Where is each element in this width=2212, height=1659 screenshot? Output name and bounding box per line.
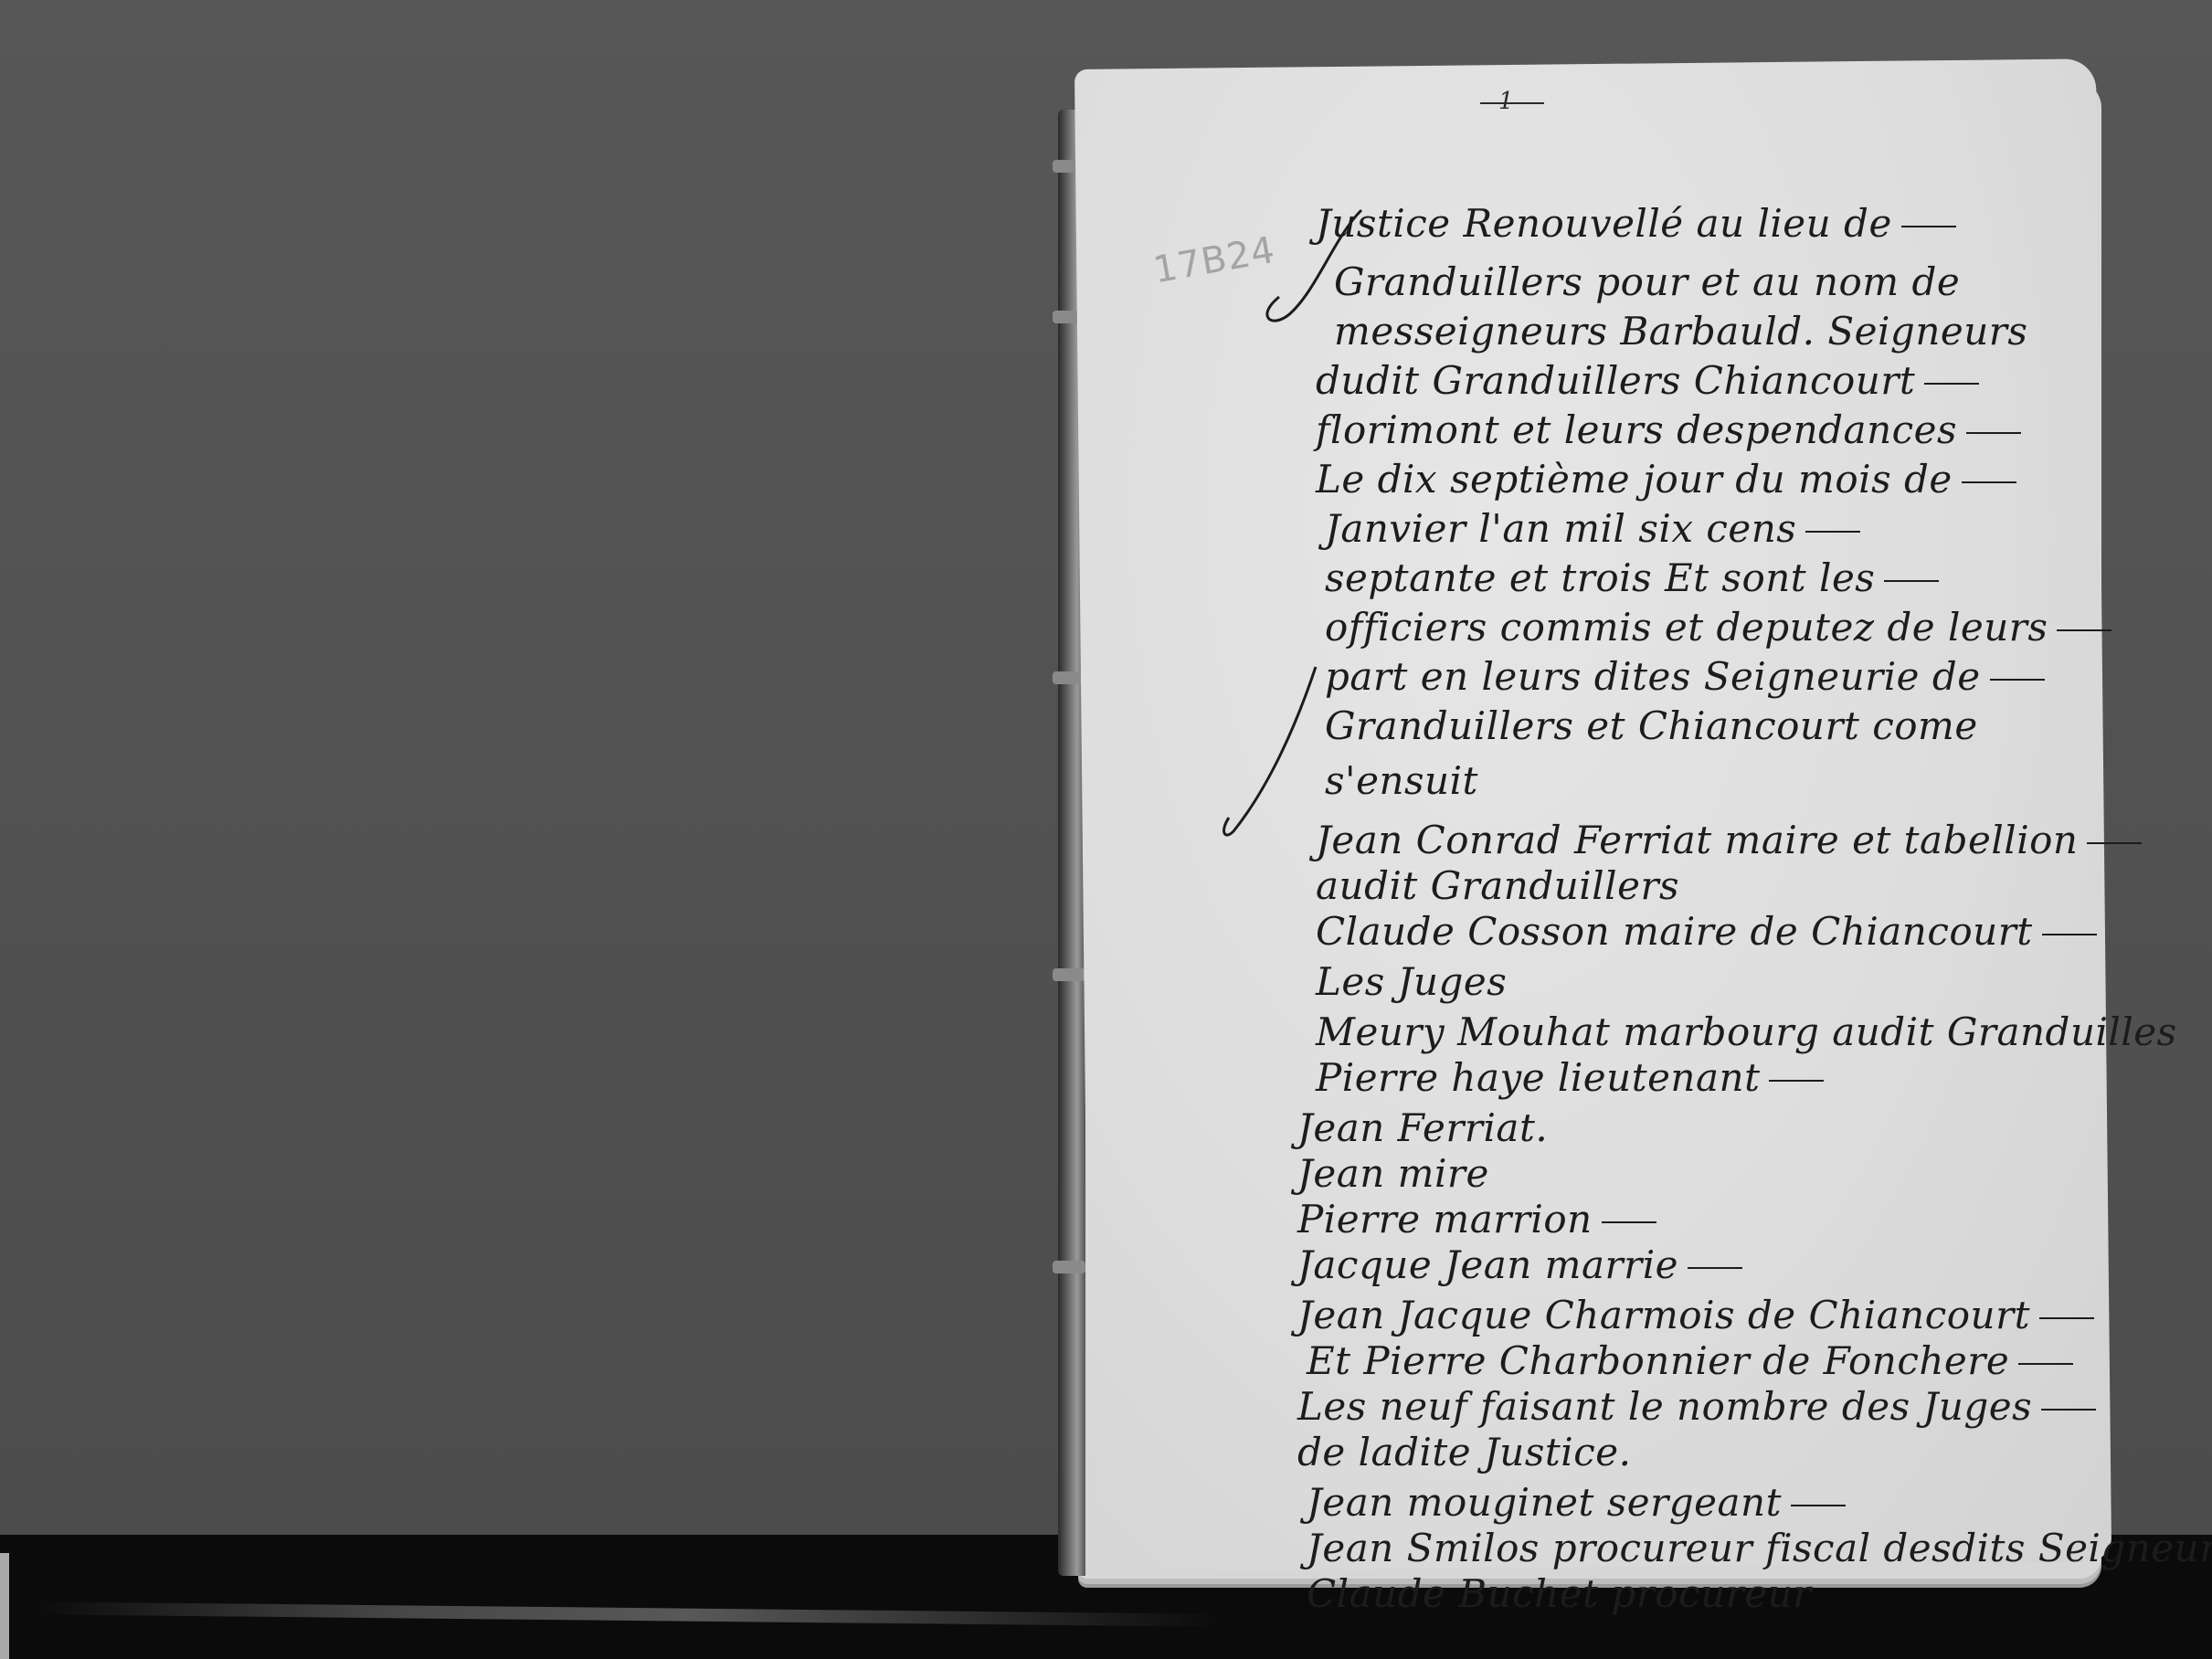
text-line: part en leurs dites Seigneurie de: [1325, 654, 2045, 699]
text-line: Jean mouginet sergeant: [1307, 1480, 1846, 1525]
text-line: officiers commis et deputez de leurs: [1325, 605, 2111, 650]
text-line: Granduillers pour et au nom de: [1334, 259, 1960, 304]
text-line: Jean Conrad Ferriat maire et tabellion: [1316, 818, 2142, 862]
text-line: Jean mire: [1297, 1151, 1489, 1196]
text-line: Granduillers et Chiancourt come: [1325, 703, 1978, 748]
text-line: audit Granduillers: [1316, 863, 1679, 908]
text-line: Janvier l'an mil six cens: [1325, 506, 1860, 551]
text-line: Meury Mouhat marbourg audit Granduilles: [1316, 1009, 2177, 1054]
binding-thread: [1053, 968, 1085, 981]
text-line: Jacque Jean marrie: [1297, 1242, 1742, 1287]
text-line: Justice Renouvellé au lieu de: [1316, 201, 1956, 246]
shelf-edge: [0, 1553, 9, 1659]
text-line: Jean Ferriat.: [1297, 1105, 1548, 1150]
text-line: de ladite Justice.: [1297, 1430, 1631, 1474]
text-line: Les neuf faisant le nombre des Juges: [1297, 1384, 2096, 1429]
text-line: Et Pierre Charbonnier de Fonchere: [1307, 1338, 2073, 1383]
text-line: Pierre marrion: [1297, 1197, 1656, 1242]
text-line: Claude Buchet procureur: [1307, 1571, 1812, 1616]
text-line: Claude Cosson maire de Chiancourt: [1316, 909, 2097, 954]
text-line: septante et trois Et sont les: [1325, 555, 1939, 600]
text-line: Pierre haye lieutenant: [1316, 1055, 1824, 1100]
text-line: Jean Smilos procureur fiscal desdits Sei…: [1307, 1526, 2212, 1570]
text-line: messeigneurs Barbauld. Seigneurs: [1334, 309, 2027, 354]
text-line: Le dix septième jour du mois de: [1316, 457, 2016, 502]
text-line: dudit Granduillers Chiancourt: [1316, 358, 1979, 403]
text-line: s'ensuit: [1325, 758, 1478, 803]
text-line: Les Juges: [1316, 959, 1507, 1004]
text-line: florimont et leurs despendances: [1316, 407, 2021, 452]
text-line: Jean Jacque Charmois de Chiancourt: [1297, 1293, 2094, 1337]
binding-thread: [1053, 1261, 1085, 1273]
page-number: 1: [1498, 88, 1514, 115]
